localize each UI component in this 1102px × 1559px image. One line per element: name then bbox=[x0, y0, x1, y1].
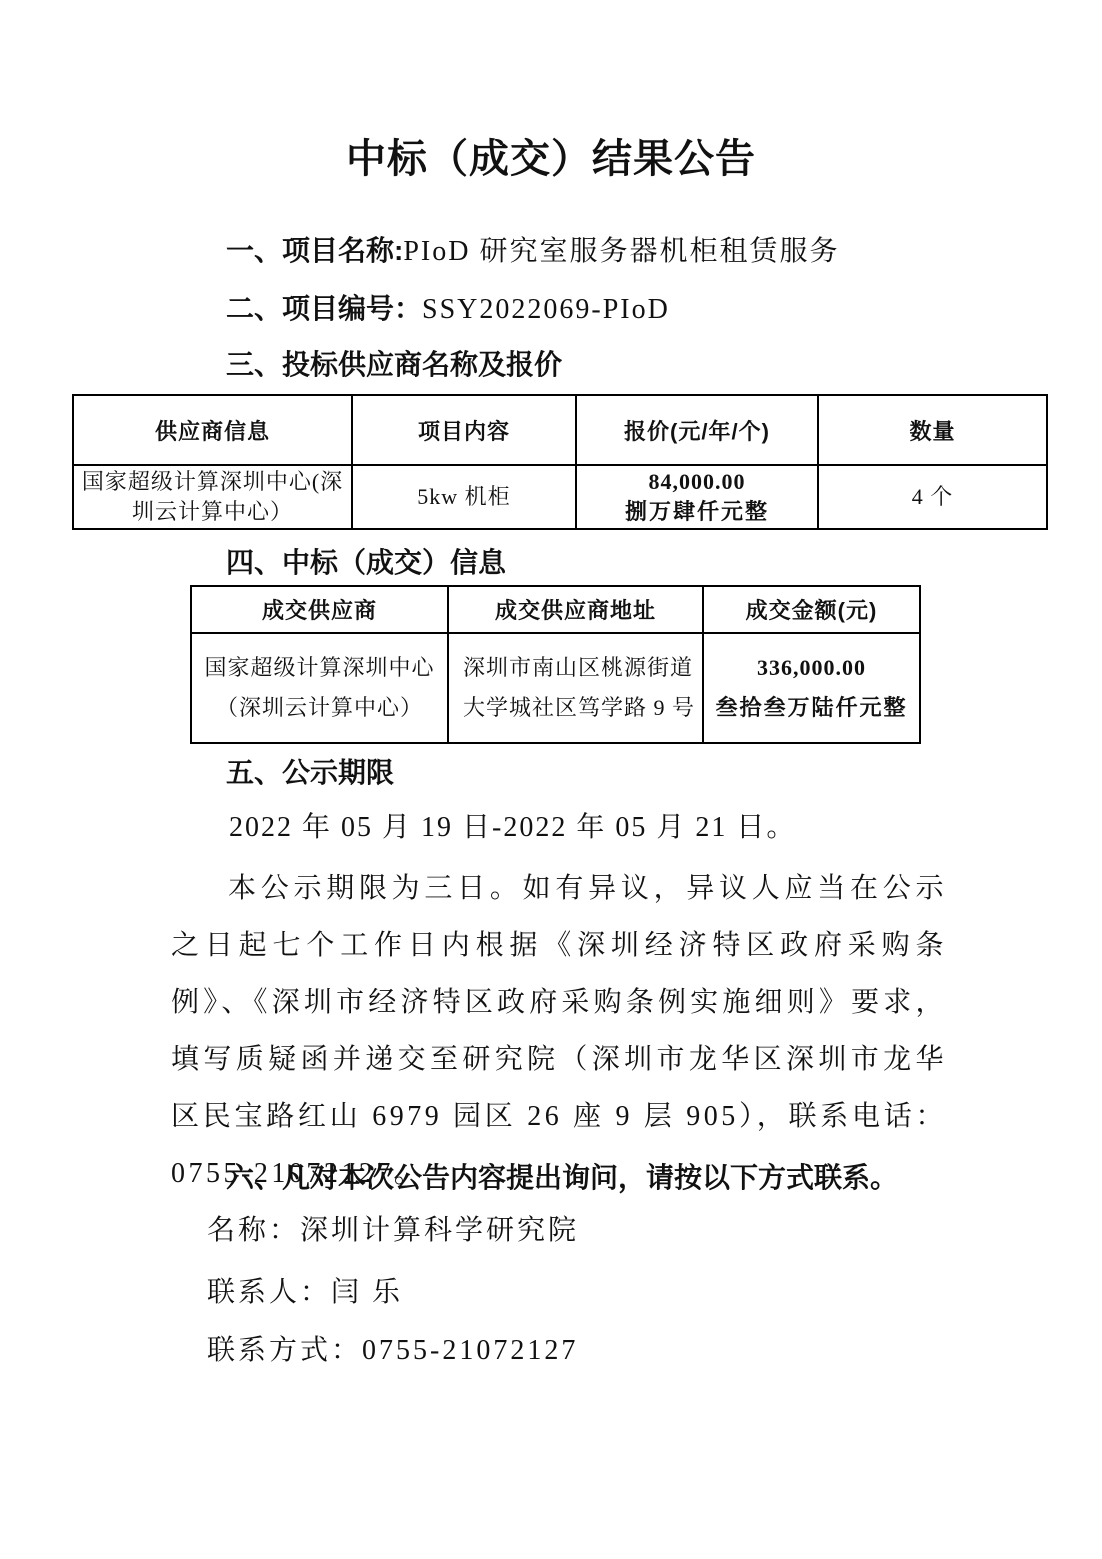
award-table-data-row: 国家超级计算深圳中心 （深圳云计算中心） 深圳市南山区桃源街道 大学城社区笃学路… bbox=[191, 633, 920, 743]
project-name-line: 一、项目名称:PIoD 研究室服务器机柜租赁服务 bbox=[226, 235, 839, 268]
project-number-label: 二、项目编号： bbox=[226, 293, 422, 324]
project-number-value: SSY2022069-PIoD bbox=[422, 294, 670, 325]
bid-price-figures: 84,000.00 bbox=[578, 467, 816, 497]
bid-table-header-row: 供应商信息 项目内容 报价(元/年/个) 数量 bbox=[73, 395, 1047, 465]
award-cell-supplier: 国家超级计算深圳中心 （深圳云计算中心） bbox=[191, 633, 448, 743]
award-amount-words: 叁拾叁万陆仟元整 bbox=[705, 688, 918, 728]
project-name-value: PIoD 研究室服务器机柜租赁服务 bbox=[403, 236, 839, 267]
contact-person: 联系人：闫 乐 bbox=[207, 1277, 403, 1309]
bid-header-supplier: 供应商信息 bbox=[73, 395, 352, 465]
award-cell-amount: 336,000.00 叁拾叁万陆仟元整 bbox=[703, 633, 920, 743]
award-amount-figures: 336,000.00 bbox=[705, 648, 918, 688]
section-heading-publicity-period: 五、公示期限 bbox=[226, 757, 394, 789]
award-table: 成交供应商 成交供应商地址 成交金额(元) 国家超级计算深圳中心 （深圳云计算中… bbox=[190, 585, 921, 744]
award-header-address: 成交供应商地址 bbox=[448, 586, 703, 633]
bid-cell-price: 84,000.00 捌万肆仟元整 bbox=[576, 465, 818, 529]
award-header-amount: 成交金额(元) bbox=[703, 586, 920, 633]
award-table-header-row: 成交供应商 成交供应商地址 成交金额(元) bbox=[191, 586, 920, 633]
project-number-line: 二、项目编号：SSY2022069-PIoD bbox=[226, 293, 670, 326]
project-name-label: 一、项目名称: bbox=[226, 235, 403, 266]
section-heading-award: 四、中标（成交）信息 bbox=[226, 547, 506, 579]
section-heading-bidders: 三、投标供应商名称及报价 bbox=[226, 349, 562, 381]
award-cell-address: 深圳市南山区桃源街道 大学城社区笃学路 9 号 bbox=[448, 633, 703, 743]
objection-notice-paragraph: 本公示期限为三日。如有异议，异议人应当在公示之日起七个工作日内根据《深圳经济特区… bbox=[171, 860, 947, 1202]
bid-table-data-row: 国家超级计算深圳中心(深 圳云计算中心） 5kw 机柜 84,000.00 捌万… bbox=[73, 465, 1047, 529]
contact-org-name: 名称：深圳计算科学研究院 bbox=[207, 1215, 579, 1247]
bid-table: 供应商信息 项目内容 报价(元/年/个) 数量 国家超级计算深圳中心(深 圳云计… bbox=[72, 394, 1048, 530]
bid-cell-item: 5kw 机柜 bbox=[352, 465, 576, 529]
award-header-supplier: 成交供应商 bbox=[191, 586, 448, 633]
bid-cell-supplier: 国家超级计算深圳中心(深 圳云计算中心） bbox=[73, 465, 352, 529]
bid-header-item: 项目内容 bbox=[352, 395, 576, 465]
bid-cell-quantity: 4 个 bbox=[818, 465, 1047, 529]
page-title: 中标（成交）结果公告 bbox=[0, 136, 1102, 182]
publicity-period-dates: 2022 年 05 月 19 日-2022 年 05 月 21 日。 bbox=[229, 812, 796, 844]
bid-header-quantity: 数量 bbox=[818, 395, 1047, 465]
bid-price-words: 捌万肆仟元整 bbox=[578, 497, 816, 527]
bid-header-price: 报价(元/年/个) bbox=[576, 395, 818, 465]
announcement-page: 中标（成交）结果公告 一、项目名称:PIoD 研究室服务器机柜租赁服务 二、项目… bbox=[0, 0, 1102, 1559]
section-heading-inquiry: 六、凡对本次公告内容提出询问，请按以下方式联系。 bbox=[226, 1162, 898, 1194]
contact-phone: 联系方式：0755-21072127 bbox=[207, 1335, 578, 1367]
